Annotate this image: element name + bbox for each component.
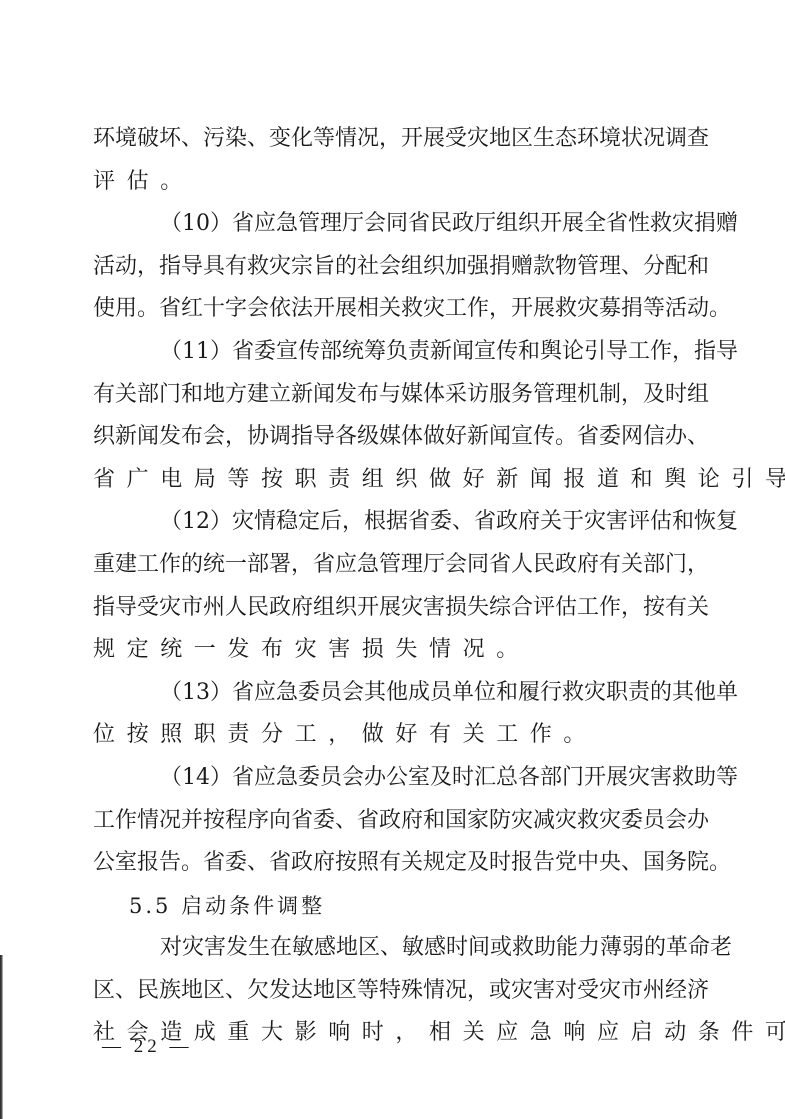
text-line: （13）省应急委员会其他成员单位和履行救灾职责的其他单 [93,672,698,715]
text-line: 评估。 [93,161,698,204]
text-line: 工作情况并按程序向省委、省政府和国家防灾减灾救灾委员会办 [93,800,698,843]
text-line: 指导受灾市州人民政府组织开展灾害损失综合评估工作，按有关 [93,587,698,630]
text-line: （12）灾情稳定后，根据省委、省政府关于灾害评估和恢复 [93,501,698,544]
text-line: （11）省委宣传部统筹负责新闻宣传和舆论引导工作，指导 [93,331,698,374]
scan-edge-shadow [0,955,3,1119]
paragraph-10: （10）省应急管理厅会同省民政厅组织开展全省性救灾捐赠 活动，指导具有救灾宗旨的… [93,203,698,331]
text-line: （10）省应急管理厅会同省民政厅组织开展全省性救灾捐赠 [93,203,698,246]
text-line: 使用。省红十字会依法开展相关救灾工作，开展救灾募捐等活动。 [93,288,698,331]
text-line: 公室报告。省委、省政府按照有关规定及时报告党中央、国务院。 [93,842,698,885]
paragraph-11: （11）省委宣传部统筹负责新闻宣传和舆论引导工作，指导 有关部门和地方建立新闻发… [93,331,698,501]
text-line: 环境破坏、污染、变化等情况，开展受灾地区生态环境状况调查 [93,118,698,161]
document-body: 环境破坏、污染、变化等情况，开展受灾地区生态环境状况调查 评估。 （10）省应急… [93,118,698,1055]
page-number: — 22 — [102,1036,193,1058]
section-heading-5-5: 5.5 启动条件调整 [93,885,698,928]
text-line: 重建工作的统一部署，省应急管理厅会同省人民政府有关部门， [93,544,698,587]
section-title: 5.5 启动条件调整 [93,885,698,928]
text-line: 活动，指导具有救灾宗旨的社会组织加强捐赠款物管理、分配和 [93,246,698,289]
document-page: 环境破坏、污染、变化等情况，开展受灾地区生态环境状况调查 评估。 （10）省应急… [0,0,785,1119]
paragraph-14: （14）省应急委员会办公室及时汇总各部门开展灾害救助等 工作情况并按程序向省委、… [93,757,698,885]
paragraph-9-continuation: 环境破坏、污染、变化等情况，开展受灾地区生态环境状况调查 评估。 [93,118,698,203]
text-line: （14）省应急委员会办公室及时汇总各部门开展灾害救助等 [93,757,698,800]
paragraph-12: （12）灾情稳定后，根据省委、省政府关于灾害评估和恢复 重建工作的统一部署，省应… [93,501,698,671]
text-line: 规定统一发布灾害损失情况。 [93,629,698,672]
text-line: 织新闻发布会，协调指导各级媒体做好新闻宣传。省委网信办、 [93,416,698,459]
text-line: 区、民族地区、欠发达地区等特殊情况，或灾害对受灾市州经济 [93,970,698,1013]
text-line: 有关部门和地方建立新闻发布与媒体采访服务管理机制，及时组 [93,374,698,417]
text-line: 省广电局等按职责组织做好新闻报道和舆论引导工作。 [93,459,698,502]
paragraph-13: （13）省应急委员会其他成员单位和履行救灾职责的其他单 位按照职责分工，做好有关… [93,672,698,757]
text-line: 对灾害发生在敏感地区、敏感时间或救助能力薄弱的革命老 [93,927,698,970]
text-line: 位按照职责分工，做好有关工作。 [93,714,698,757]
